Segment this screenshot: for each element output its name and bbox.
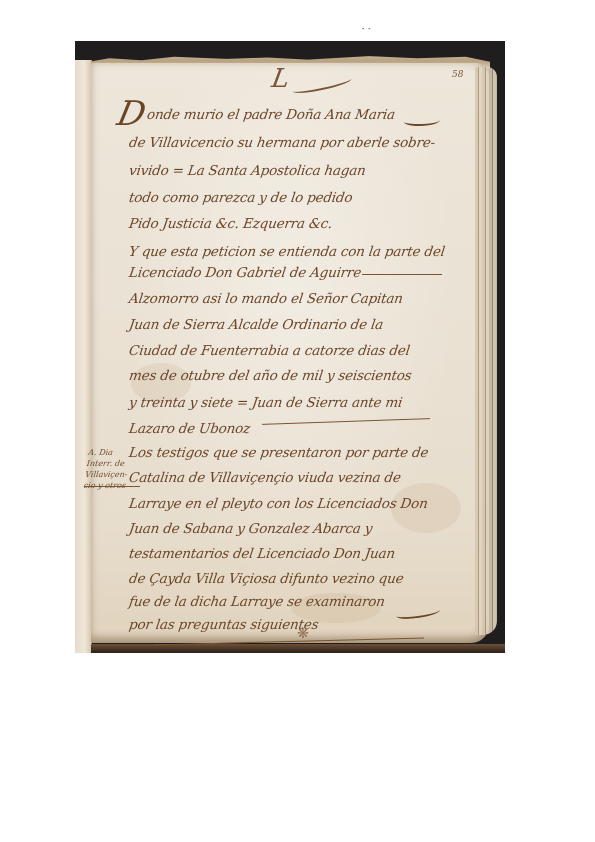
manuscript-line: vivido = La Santa Apostolica hagan xyxy=(128,163,367,179)
manuscript-line: de Villavicencio su hermana por aberle s… xyxy=(128,135,436,151)
manuscript-line: fue de la dicha Larraye se examinaron xyxy=(128,594,386,610)
margin-note-line: Villaviçen- xyxy=(84,469,128,480)
margin-note: A. Dia Interr. de Villaviçen- cio y otro… xyxy=(83,447,131,491)
manuscript-line: de Çayda Villa Viçiosa difunto vezino qu… xyxy=(128,571,405,587)
manuscript-line: Licenciado Don Gabriel de Aguirre xyxy=(128,265,362,281)
manuscript-line: todo como parezca y de lo pedido xyxy=(128,190,353,206)
notary-rubric-icon: ❋ xyxy=(290,626,316,642)
manuscript-line: Larraye en el pleyto con los Licenciados… xyxy=(128,496,429,512)
margin-note-rule xyxy=(84,486,140,487)
manuscript-line: testamentarios del Licenciado Don Juan xyxy=(128,546,396,562)
manuscript-line: Alzomorro asi lo mando el Señor Capitan xyxy=(128,291,404,307)
manuscript-line: Los testigos que se presentaron por part… xyxy=(128,445,429,461)
page-header-marker: - - xyxy=(362,26,372,33)
manuscript-line: Lazaro de Ubonoz xyxy=(128,421,251,437)
manuscript-line: onde murio el padre Doña Ana Maria xyxy=(146,107,396,123)
manuscript-line: Pido Justicia &c. Ezquerra &c. xyxy=(128,216,333,232)
manuscript-line: Catalina de Villaviçençio viuda vezina d… xyxy=(128,470,402,486)
line-end-rule xyxy=(362,274,442,275)
margin-note-line: A. Dia xyxy=(88,447,132,458)
folio-number: 58 xyxy=(452,70,463,80)
manuscript-line: Y que esta peticion se entienda con la p… xyxy=(128,244,446,260)
stacked-page-edges xyxy=(475,67,497,635)
manuscript-line: Juan de Sierra Alcalde Ordinario de la xyxy=(128,317,384,333)
manuscript-line: y treinta y siete = Juan de Sierra ante … xyxy=(128,395,403,411)
manuscript-line: mes de otubre del año de mil y seiscient… xyxy=(128,368,413,384)
margin-note-line: Interr. de xyxy=(86,458,130,469)
binding-gutter xyxy=(75,60,92,653)
manuscript-line: Juan de Sabana y Gonzalez Abarca y xyxy=(128,521,373,537)
manuscript-line: Ciudad de Fuenterrabia a catorze dias de… xyxy=(128,343,411,359)
